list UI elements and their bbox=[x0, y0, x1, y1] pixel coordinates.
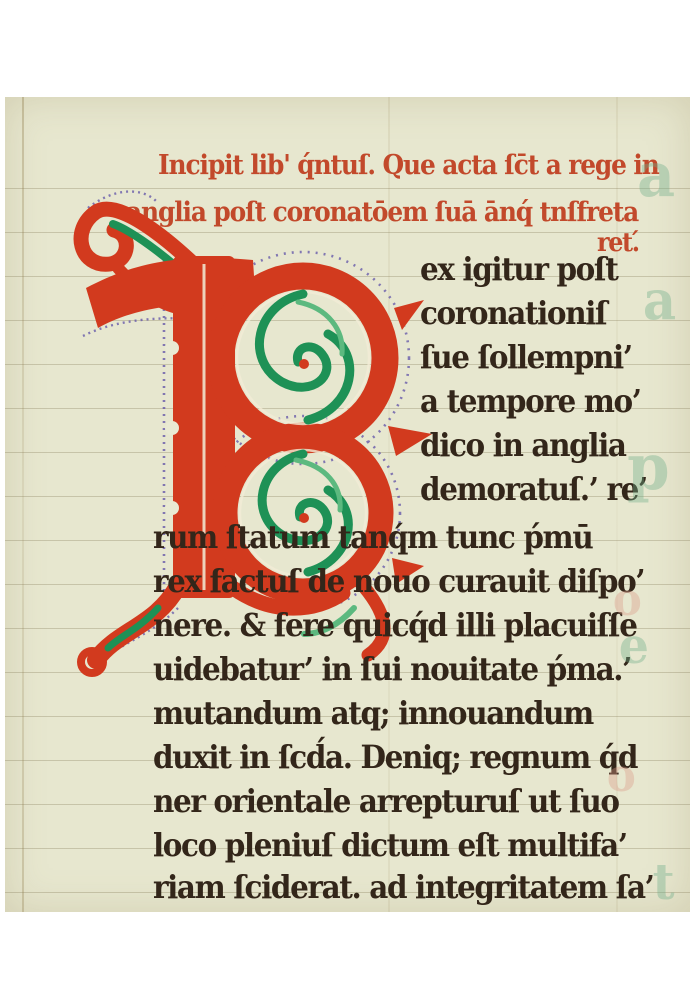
text-line: demoratuſ.’ re’ bbox=[420, 470, 647, 508]
text-line: uidebatur’ in ſui nouitate ṕma.’ bbox=[153, 650, 631, 688]
text-line: coronationiſ bbox=[420, 294, 606, 332]
ghost-letter: e bbox=[619, 616, 649, 675]
initial-foliage-upper bbox=[259, 294, 349, 420]
text-line: ner orientale arrepturuſ ut ſuo bbox=[153, 782, 619, 820]
text-line: a tempore mo’ bbox=[420, 382, 641, 420]
text-line: ſue ſollempni’ bbox=[420, 338, 632, 376]
ghost-letter: o bbox=[607, 748, 636, 802]
text-line: ex igitur poſt bbox=[420, 250, 617, 288]
initial-artwork bbox=[58, 168, 440, 678]
ghost-letter: t bbox=[653, 852, 675, 911]
parchment-crease bbox=[22, 97, 24, 912]
text-line: riam ſciderat. ad integritatem ſa’ bbox=[153, 868, 654, 906]
text-line: rex factuſ de nouo curauit diſpo’ bbox=[153, 562, 644, 600]
ghost-letter: a bbox=[637, 138, 675, 211]
text-line: rum ſtatum tanq́m tunc ṕmū bbox=[153, 518, 592, 556]
ghost-letter: a bbox=[643, 268, 676, 332]
text-line: loco pleniuſ dictum eſt multifa’ bbox=[153, 826, 627, 864]
ghost-letter: p bbox=[627, 430, 670, 505]
text-line: mutandum atq; innouandum bbox=[153, 694, 593, 732]
manuscript-photo: Incipit lib' q́ntuſ. Que acta ſc̄t a reg… bbox=[0, 0, 693, 1000]
text-line: nere. & fere quicq́d illi placuiſſe bbox=[153, 606, 637, 644]
text-line: duxit in ſcd́a. Deniq; regnum q́d bbox=[153, 738, 637, 776]
illuminated-initial-R bbox=[58, 168, 440, 678]
text-line: dico in anglia bbox=[420, 426, 626, 464]
